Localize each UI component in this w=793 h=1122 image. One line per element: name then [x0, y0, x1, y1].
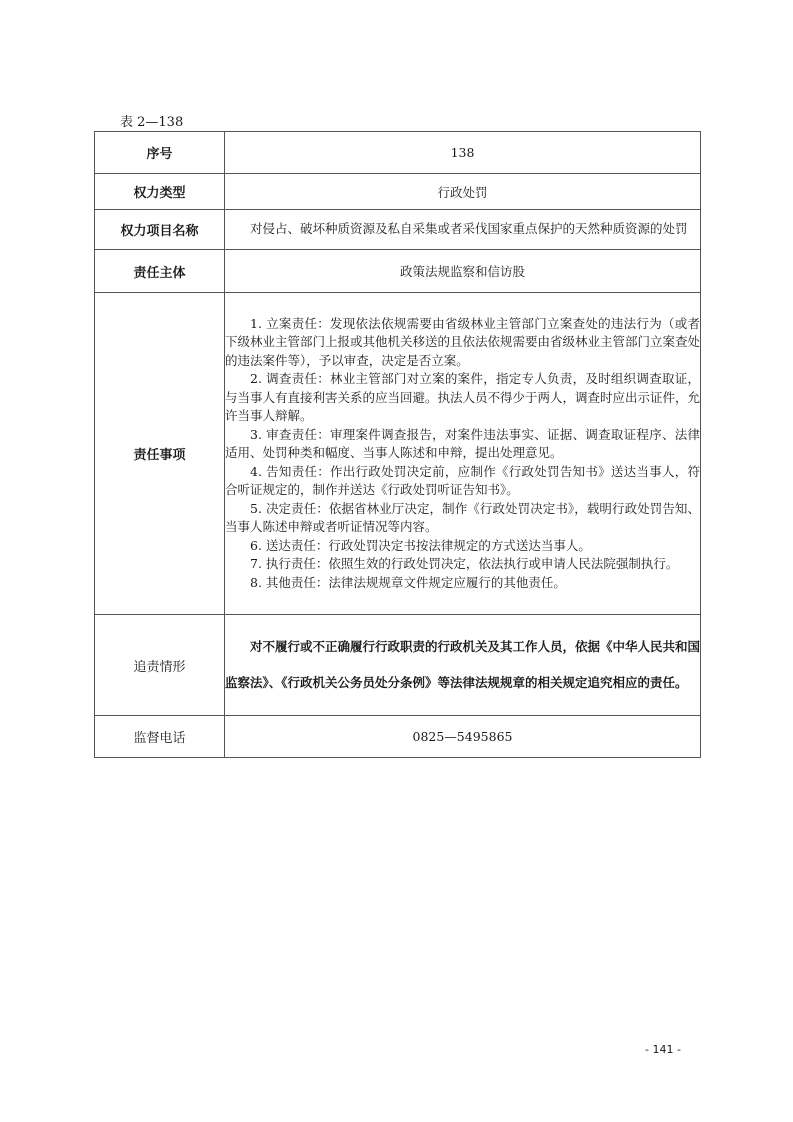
duty-item: 4. 告知责任：作出行政处罚决定前，应制作《行政处罚告知书》送达当事人，符合听证… — [225, 463, 700, 500]
table-row-power-type: 权力类型 行政处罚 — [95, 174, 701, 210]
duties-label: 责任事项 — [95, 293, 225, 615]
item-name-value: 对侵占、破坏种质资源及私自采集或者采伐国家重点保护的天然种质资源的处罚 — [225, 220, 700, 239]
power-type-label: 权力类型 — [95, 174, 225, 210]
seq-value: 138 — [225, 132, 701, 174]
page-number: - 141 - — [645, 1043, 681, 1056]
seq-label: 序号 — [95, 132, 225, 174]
duty-item: 1. 立案责任：发现依法依规需要由省级林业主管部门立案查处的违法行为（或者下级林… — [225, 315, 700, 371]
table-row-item-name: 权力项目名称 对侵占、破坏种质资源及私自采集或者采伐国家重点保护的天然种质资源的… — [95, 210, 701, 250]
duty-item: 8. 其他责任：法律法规规章文件规定应履行的其他责任。 — [225, 574, 700, 593]
phone-label: 监督电话 — [95, 716, 225, 758]
duty-item: 3. 审查责任：审理案件调查报告，对案件违法事实、证据、调查取证程序、法律适用、… — [225, 426, 700, 463]
duty-item: 5. 决定责任：依据省林业厅决定，制作《行政处罚决定书》，载明行政处罚告知、当事… — [225, 500, 700, 537]
table-caption: 表 2—138 — [120, 111, 183, 130]
subject-value: 政策法规监察和信访股 — [225, 250, 701, 293]
duty-item: 6. 送达责任：行政处罚决定书按法律规定的方式送达当事人。 — [225, 537, 700, 556]
subject-label: 责任主体 — [95, 250, 225, 293]
table-row-duties: 责任事项 1. 立案责任：发现依法依规需要由省级林业主管部门立案查处的违法行为（… — [95, 293, 701, 615]
table-row-subject: 责任主体 政策法规监察和信访股 — [95, 250, 701, 293]
duty-item: 2. 调查责任：林业主管部门对立案的案件，指定专人负责，及时组织调查取证，与当事… — [225, 370, 700, 426]
table-row-phone: 监督电话 0825—5495865 — [95, 716, 701, 758]
accountability-value: 对不履行或不正确履行行政职责的行政机关及其工作人员，依据《中华人民共和国监察法》… — [225, 629, 700, 701]
accountability-cell: 对不履行或不正确履行行政职责的行政机关及其工作人员，依据《中华人民共和国监察法》… — [225, 615, 701, 716]
power-type-value: 行政处罚 — [225, 174, 701, 210]
phone-value: 0825—5495865 — [225, 716, 701, 758]
item-name-cell: 对侵占、破坏种质资源及私自采集或者采伐国家重点保护的天然种质资源的处罚 — [225, 210, 701, 250]
item-name-label: 权力项目名称 — [95, 210, 225, 250]
duties-cell: 1. 立案责任：发现依法依规需要由省级林业主管部门立案查处的违法行为（或者下级林… — [225, 293, 701, 615]
duty-item: 7. 执行责任：依照生效的行政处罚决定，依法执行或申请人民法院强制执行。 — [225, 555, 700, 574]
power-responsibility-table: 序号 138 权力类型 行政处罚 权力项目名称 对侵占、破坏种质资源及私自采集或… — [94, 131, 701, 758]
table-row-seq: 序号 138 — [95, 132, 701, 174]
accountability-label: 追责情形 — [95, 615, 225, 716]
table-row-accountability: 追责情形 对不履行或不正确履行行政职责的行政机关及其工作人员，依据《中华人民共和… — [95, 615, 701, 716]
